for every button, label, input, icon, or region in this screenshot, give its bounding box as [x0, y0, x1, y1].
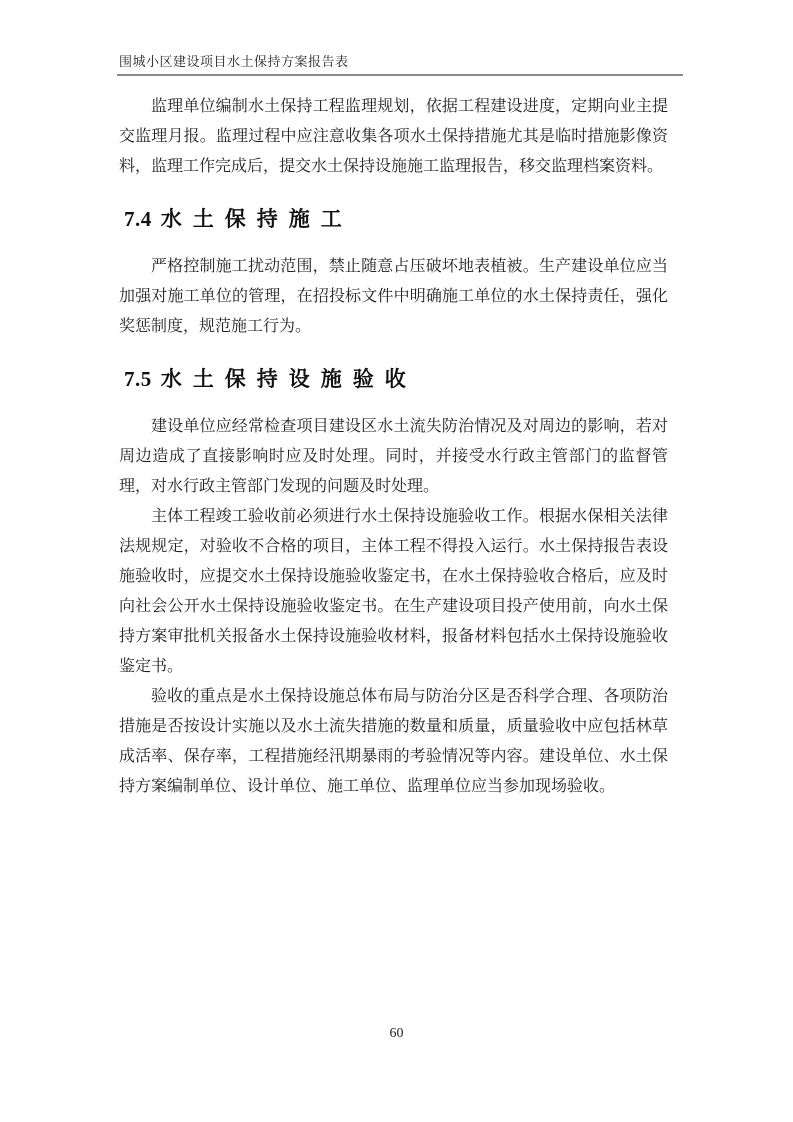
- section-number-7-4: 7.4: [124, 207, 152, 231]
- page-number: 60: [390, 1026, 404, 1041]
- page-header-title: 围城小区建设项目水土保持方案报告表: [119, 54, 683, 70]
- paragraph-acceptance-procedure: 主体工程竣工验收前必须进行水土保持设施验收工作。根据水保相关法律法规规定，对验收…: [119, 502, 668, 682]
- document-page: 围城小区建设项目水土保持方案报告表 监理单位编制水土保持工程监理规划，依据工程建…: [0, 0, 793, 1122]
- section-title-7-5: 水土保持设施验收: [161, 367, 417, 391]
- paragraph-acceptance-focus: 验收的重点是水土保持设施总体布局与防治分区是否科学合理、各项防治措施是否按设计实…: [119, 682, 668, 802]
- section-heading-7-5: 7.5水土保持设施验收: [119, 364, 668, 394]
- page-footer: 60: [0, 1024, 793, 1042]
- section-number-7-5: 7.5: [124, 367, 152, 391]
- paragraph-supervision-plan: 监理单位编制水土保持工程监理规划，依据工程建设进度，定期向业主提交监理月报。监理…: [119, 92, 668, 182]
- paragraph-inspection-duty: 建设单位应经常检查项目建设区水土流失防治情况及对周边的影响，若对周边造成了直接影…: [119, 412, 668, 502]
- page-header: 围城小区建设项目水土保持方案报告表: [117, 0, 683, 76]
- document-body: 监理单位编制水土保持工程监理规划，依据工程建设进度，定期向业主提交监理月报。监理…: [119, 76, 668, 802]
- section-title-7-4: 水土保持施工: [161, 207, 353, 231]
- paragraph-construction-control: 严格控制施工扰动范围，禁止随意占压破坏地表植被。生产建设单位应当加强对施工单位的…: [119, 252, 668, 342]
- section-heading-7-4: 7.4水土保持施工: [119, 204, 668, 234]
